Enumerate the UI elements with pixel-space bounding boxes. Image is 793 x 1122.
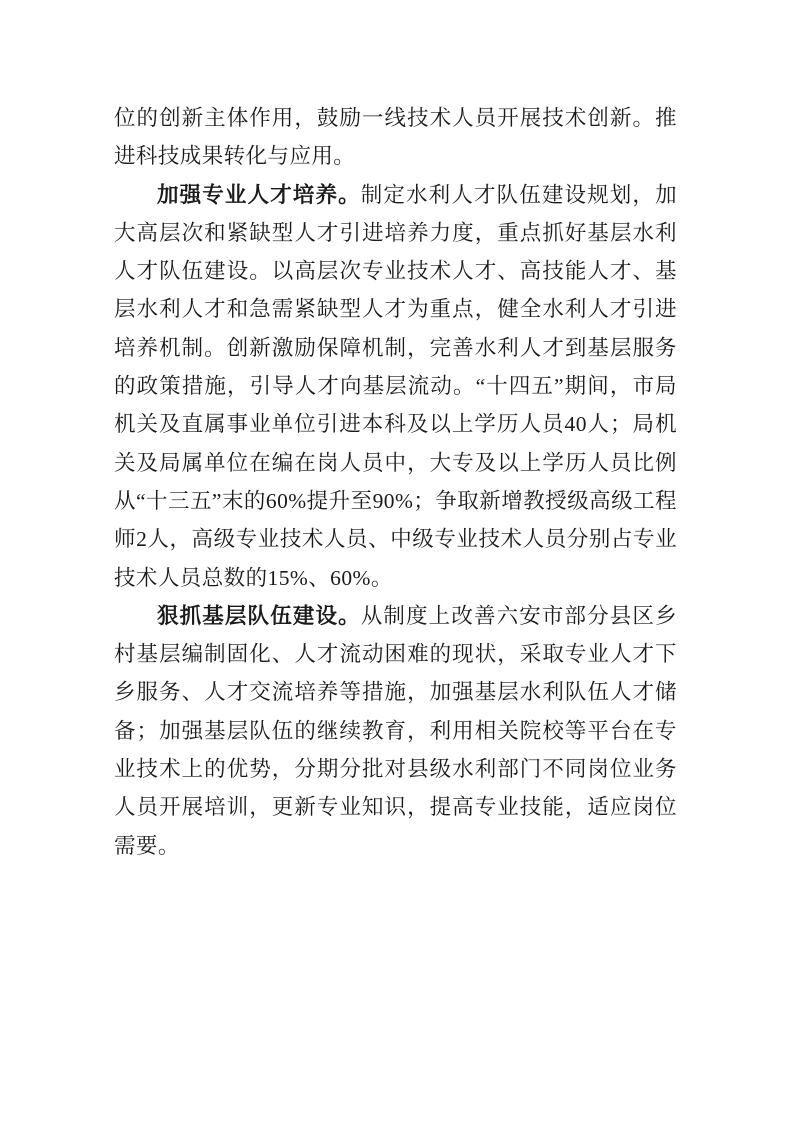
paragraph: 位的创新主体作用，鼓励一线技术人员开展技术创新。推进科技成果转化与应用。	[114, 99, 677, 176]
paragraph-lead: 狠抓基层队伍建设。	[157, 604, 361, 628]
paragraph-body: 制定水利人才队伍建设规划，加大高层次和紧缺型人才引进培养力度，重点抓好基层水利人…	[114, 183, 677, 590]
paragraph: 狠抓基层队伍建设。从制度上改善六安市部分县区乡村基层编制固化、人才流动困难的现状…	[114, 597, 677, 865]
paragraph: 加强专业人才培养。制定水利人才队伍建设规划，加大高层次和紧缺型人才引进培养力度，…	[114, 176, 677, 597]
paragraph-body: 从制度上改善六安市部分县区乡村基层编制固化、人才流动困难的现状，采取专业人才下乡…	[114, 604, 677, 858]
paragraph-body: 位的创新主体作用，鼓励一线技术人员开展技术创新。推进科技成果转化与应用。	[114, 106, 677, 168]
paragraph-lead: 加强专业人才培养。	[157, 183, 361, 207]
document-page: 位的创新主体作用，鼓励一线技术人员开展技术创新。推进科技成果转化与应用。 加强专…	[0, 0, 793, 1122]
document-body: 位的创新主体作用，鼓励一线技术人员开展技术创新。推进科技成果转化与应用。 加强专…	[114, 99, 677, 865]
